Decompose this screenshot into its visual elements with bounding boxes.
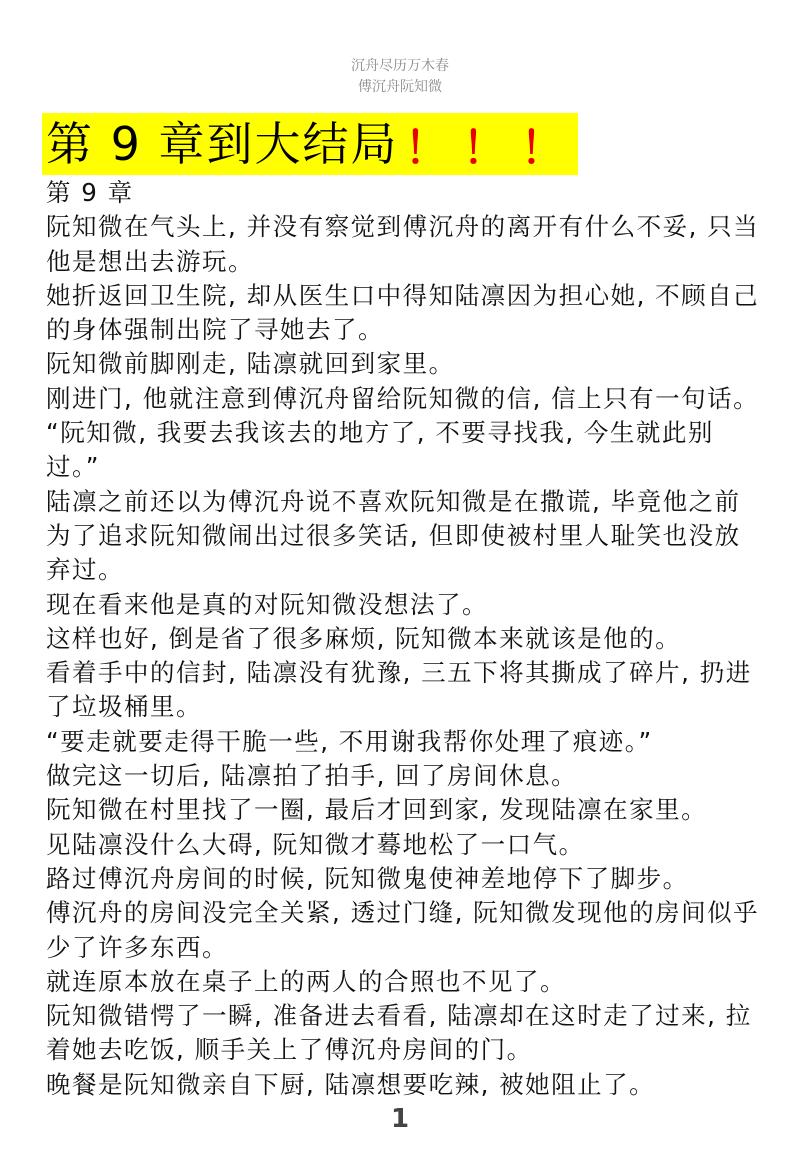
paragraph: 看着手中的信封, 陆凛没有犹豫, 三五下将其撕成了碎片, 扔进了垃圾桶里。 — [46, 656, 766, 725]
paragraph: 路过傅沉舟房间的时候, 阮知微鬼使神差地停下了脚步。 — [46, 862, 766, 896]
paragraph: 她折返回卫生院, 却从医生口中得知陆凛因为担心她, 不顾自己的身体强制出院了寻她… — [46, 279, 766, 348]
paragraph: 阮知微前脚刚走, 陆凛就回到家里。 — [46, 347, 766, 381]
chapter-body: 第 9 章 阮知微在气头上, 并没有察觉到傅沉舟的离开有什么不妥, 只当他是想出… — [46, 176, 766, 1102]
paragraph: 现在看来他是真的对阮知微没想法了。 — [46, 588, 766, 622]
paragraph: 陆凛之前还以为傅沉舟说不喜欢阮知微是在撒谎, 毕竟他之前为了追求阮知微闹出过很多… — [46, 485, 766, 588]
paragraph: 见陆凛没什么大碍, 阮知微才蓦地松了一口气。 — [46, 828, 766, 862]
exclamation-marks-icon: ！！！ — [405, 112, 579, 176]
page-header: 沉舟尽历万木春 傅沉舟阮知微 — [0, 56, 800, 98]
chapter-title-banner: 第 9 章到大结局 ！！！ — [42, 113, 578, 175]
paragraph: 做完这一切后, 陆凛拍了拍手, 回了房间休息。 — [46, 759, 766, 793]
paragraph: “要走就要走得干脆一些, 不用谢我帮你处理了痕迹。” — [46, 725, 766, 759]
paragraph: 就连原本放在桌子上的两人的合照也不见了。 — [46, 965, 766, 999]
paragraph: “阮知微, 我要去我该去的地方了, 不要寻找我, 今生就此别过。” — [46, 416, 766, 485]
paragraph: 傅沉舟的房间没完全关紧, 透过门缝, 阮知微发现他的房间似乎少了许多东西。 — [46, 896, 766, 965]
chapter-title: 第 9 章到大结局 — [42, 113, 399, 175]
paragraph: 阮知微错愕了一瞬, 准备进去看看, 陆凛却在这时走了过来, 拉着她去吃饭, 顺手… — [46, 999, 766, 1068]
paragraph: 阮知微在气头上, 并没有察觉到傅沉舟的离开有什么不妥, 只当他是想出去游玩。 — [46, 210, 766, 279]
paragraph: 这样也好, 倒是省了很多麻烦, 阮知微本来就该是他的。 — [46, 622, 766, 656]
book-title: 沉舟尽历万木春 — [0, 56, 800, 77]
chapter-heading: 第 9 章 — [46, 176, 766, 210]
paragraph: 阮知微在村里找了一圈, 最后才回到家, 发现陆凛在家里。 — [46, 793, 766, 827]
paragraph: 晚餐是阮知微亲自下厨, 陆凛想要吃辣, 被她阻止了。 — [46, 1068, 766, 1102]
paragraph: 刚进门, 他就注意到傅沉舟留给阮知微的信, 信上只有一句话。 — [46, 382, 766, 416]
page-number: 1 — [0, 1104, 800, 1134]
character-names: 傅沉舟阮知微 — [0, 77, 800, 98]
